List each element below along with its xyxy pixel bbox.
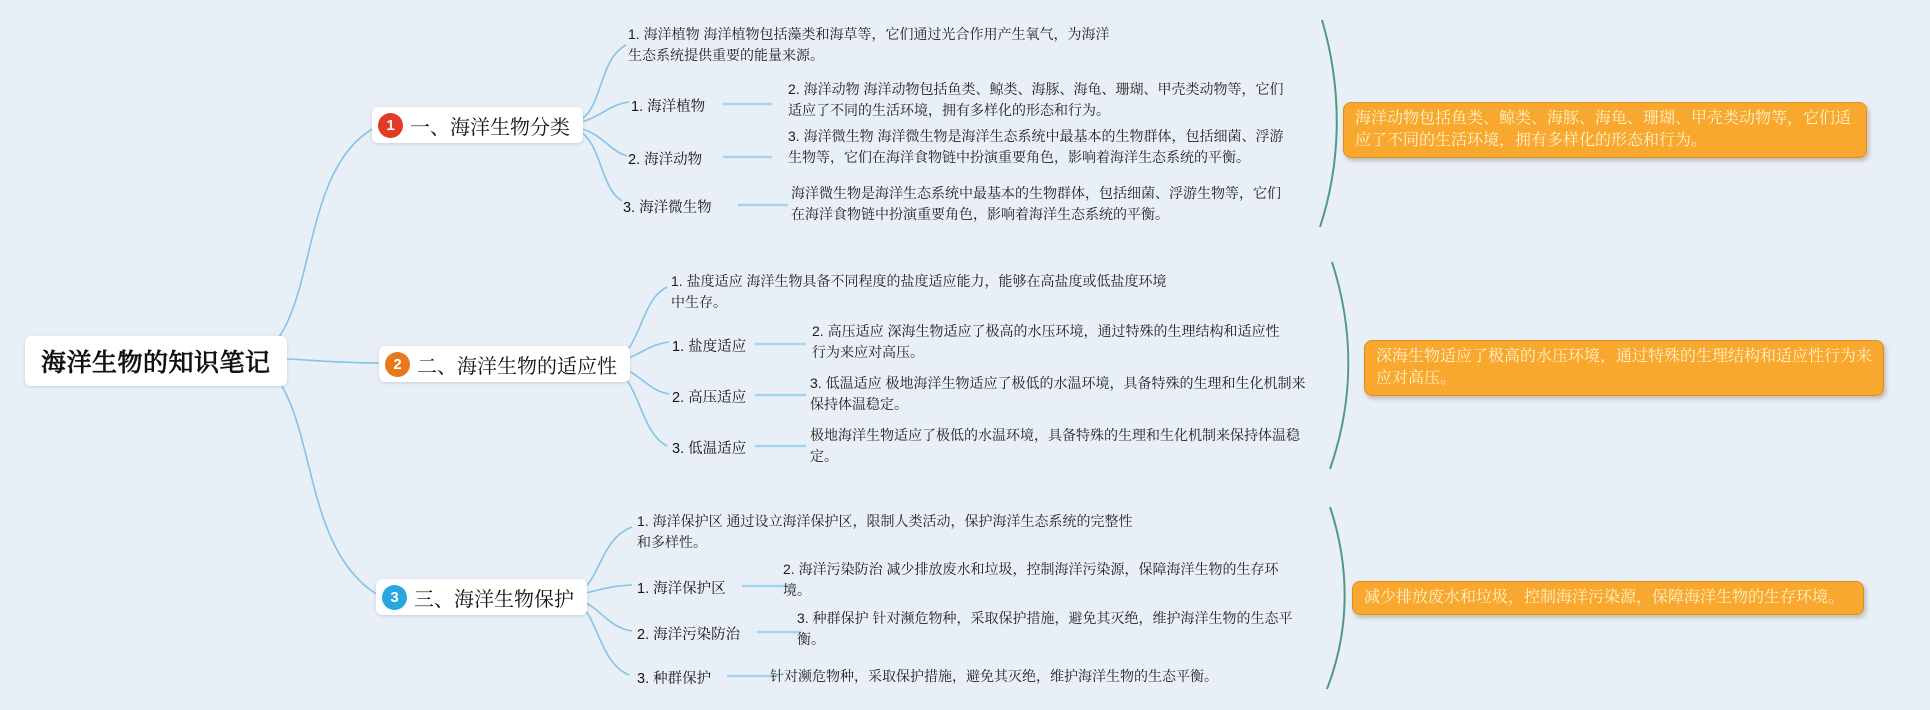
branch-2-label: 二、海洋生物的适应性 [417, 350, 617, 379]
branch-3-number-badge-icon: 3 [382, 585, 407, 610]
branch-3-label: 三、海洋生物保护 [414, 583, 574, 612]
bracket-section-2 [1330, 262, 1348, 469]
root-node[interactable]: 海洋生物的知识笔记 [25, 336, 287, 386]
bracket-section-1 [1320, 20, 1337, 227]
branch-1-detail-2[interactable]: 2. 海洋动物 海洋动物包括鱼类、鲸类、海豚、海龟、珊瑚、甲壳类动物等，它们适应… [788, 79, 1293, 120]
branch-1-number-badge-icon: 1 [378, 113, 403, 138]
curve-branch1-to-item1 [578, 102, 629, 123]
branch-3-item-2[interactable]: 2. 海洋污染防治 [637, 623, 740, 644]
branch-2-detail-4[interactable]: 极地海洋生物适应了极低的水温环境，具备特殊的生理和生化机制来保持体温稳定。 [810, 425, 1306, 466]
branch-2-detail-1[interactable]: 1. 盐度适应 海洋生物具备不同程度的盐度适应能力，能够在高盐度或低盐度环境中生… [671, 271, 1174, 312]
curve-branch1-to-item3 [578, 130, 622, 201]
branch-2-item-3[interactable]: 3. 低温适应 [672, 437, 746, 458]
curve-branch1-to-item2 [578, 128, 627, 156]
branch-3-summary-callout[interactable]: 减少排放废水和垃圾，控制海洋污染源，保障海洋生物的生存环境。 [1352, 581, 1864, 615]
branch-2-item-2[interactable]: 2. 高压适应 [672, 386, 746, 407]
branch-3-item-3[interactable]: 3. 种群保护 [637, 667, 711, 688]
curve-branch1-to-detail1 [578, 45, 626, 121]
bracket-section-3 [1327, 507, 1345, 689]
branch-3-detail-2[interactable]: 2. 海洋污染防治 减少排放废水和垃圾，控制海洋污染源，保障海洋生物的生存环境。 [783, 559, 1286, 600]
branch-2-detail-3[interactable]: 3. 低温适应 极地海洋生物适应了极低的水温环境，具备特殊的生理和生化机制来保持… [810, 373, 1313, 414]
branch-node-1[interactable]: 1 一、海洋生物分类 [372, 107, 583, 143]
branch-3-detail-1[interactable]: 1. 海洋保护区 通过设立海洋保护区，限制人类活动，保护海洋生态系统的完整性和多… [637, 511, 1140, 552]
branch-1-label: 一、海洋生物分类 [410, 111, 570, 140]
branch-1-item-3[interactable]: 3. 海洋微生物 [623, 196, 712, 217]
branch-1-detail-3[interactable]: 3. 海洋微生物 海洋微生物是海洋生态系统中最基本的生物群体，包括细菌、浮游生物… [788, 126, 1288, 167]
branch-2-item-1[interactable]: 1. 盐度适应 [672, 335, 746, 356]
branch-node-2[interactable]: 2 二、海洋生物的适应性 [379, 346, 630, 382]
branch-1-detail-1[interactable]: 1. 海洋植物 海洋植物包括藻类和海草等，它们通过光合作用产生氧气，为海洋生态系… [628, 24, 1120, 65]
branch-node-3[interactable]: 3 三、海洋生物保护 [376, 579, 587, 615]
branch-3-item-1[interactable]: 1. 海洋保护区 [637, 577, 726, 598]
branch-3-detail-4[interactable]: 针对濒危物种，采取保护措施，避免其灭绝，维护海洋生物的生态平衡。 [770, 666, 1218, 687]
branch-3-detail-3[interactable]: 3. 种群保护 针对濒危物种，采取保护措施，避免其灭绝，维护海洋生物的生态平衡。 [797, 608, 1300, 649]
branch-1-item-1[interactable]: 1. 海洋植物 [631, 95, 705, 116]
branch-2-number-badge-icon: 2 [385, 352, 410, 377]
mindmap-canvas: 海洋生物的知识笔记 1 一、海洋生物分类 1. 海洋植物 海洋植物包括藻类和海草… [0, 0, 1930, 710]
curve-root-to-branch-1 [266, 128, 374, 352]
branch-2-detail-2[interactable]: 2. 高压适应 深海生物适应了极高的水压环境，通过特殊的生理结构和适应性行为来应… [812, 321, 1292, 362]
curve-root-to-branch-3 [266, 366, 378, 595]
branch-1-detail-4[interactable]: 海洋微生物是海洋生态系统中最基本的生物群体，包括细菌、浮游生物等，它们在海洋食物… [791, 183, 1287, 224]
branch-1-item-2[interactable]: 2. 海洋动物 [628, 148, 702, 169]
branch-1-summary-callout[interactable]: 海洋动物包括鱼类、鲸类、海豚、海龟、珊瑚、甲壳类动物等，它们适应了不同的生活环境… [1343, 102, 1867, 158]
branch-2-summary-callout[interactable]: 深海生物适应了极高的水压环境，通过特殊的生理结构和适应性行为来应对高压。 [1364, 340, 1884, 396]
